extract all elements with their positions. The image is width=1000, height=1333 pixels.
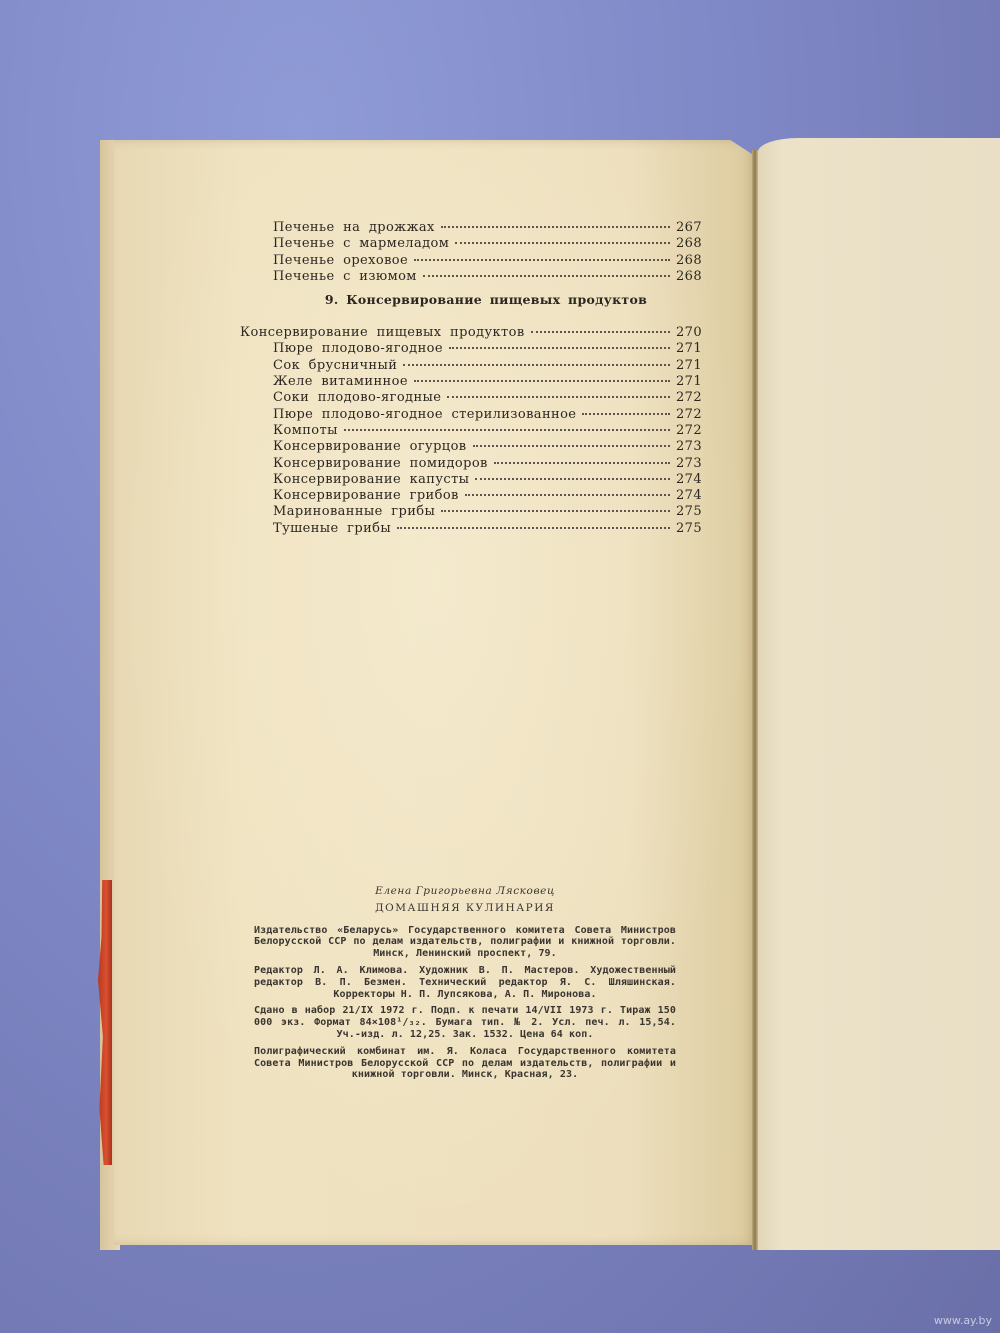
toc-entry-page: 273 <box>676 439 702 455</box>
toc-entry-page: 272 <box>676 390 702 406</box>
toc-entry-page: 272 <box>676 423 702 439</box>
editors-info: Редактор Л. А. Климова. Художник В. П. М… <box>254 965 676 1000</box>
toc-entry-title: Желе витаминное <box>273 374 408 390</box>
toc-leader-dots <box>423 274 670 277</box>
toc-entry-title: Консервирование пищевых продуктов <box>240 325 525 341</box>
toc-leader-dots <box>403 363 670 366</box>
toc-entry-page: 274 <box>676 488 702 504</box>
toc-entry-page: 271 <box>676 358 702 374</box>
toc-entry-title: Консервирование грибов <box>273 488 459 504</box>
toc-leader-dots <box>441 225 670 228</box>
print-details: Сдано в набор 21/IX 1972 г. Подп. к печа… <box>254 1005 676 1040</box>
toc-leader-dots <box>441 509 670 512</box>
toc-leader-dots <box>344 428 670 431</box>
toc-leader-dots <box>465 493 670 496</box>
toc-entry: Консервирование пищевых продуктов270 <box>240 325 702 341</box>
toc-leader-dots <box>414 379 670 382</box>
toc-entry: Сок брусничный271 <box>240 358 702 374</box>
publisher-info: Издательство «Беларусь» Государственного… <box>254 925 676 960</box>
toc-entry: Консервирование огурцов273 <box>240 439 702 455</box>
toc-leader-dots <box>582 412 670 415</box>
toc-entry: Печенье ореховое268 <box>240 253 702 269</box>
toc-entry-page: 272 <box>676 407 702 423</box>
toc-entry-title: Печенье ореховое <box>273 253 408 269</box>
toc-entry-title: Печенье с изюмом <box>273 269 417 285</box>
toc-entry-title: Консервирование помидоров <box>273 456 488 472</box>
toc-entry: Консервирование помидоров273 <box>240 456 702 472</box>
toc-entry: Пюре плодово-ягодное стерилизованное272 <box>240 407 702 423</box>
toc-entry-page: 270 <box>676 325 702 341</box>
toc-entry: Печенье с мармеладом268 <box>240 236 702 252</box>
toc-entry-title: Компоты <box>273 423 338 439</box>
toc-entry-title: Тушеные грибы <box>273 521 391 537</box>
toc-entry-title: Консервирование огурцов <box>273 439 467 455</box>
toc-entry-title: Консервирование капусты <box>273 472 469 488</box>
toc-leader-dots <box>397 526 670 529</box>
toc-list-before: Печенье на дрожжах267Печенье с мармеладо… <box>240 220 702 285</box>
toc-leader-dots <box>475 477 670 480</box>
toc-entry-page: 273 <box>676 456 702 472</box>
toc-entry-page: 275 <box>676 504 702 520</box>
toc-entry-title: Соки плодово-ягодные <box>273 390 441 406</box>
right-page-blank <box>758 138 1000 1250</box>
photo-scene: Печенье на дрожжах267Печенье с мармеладо… <box>0 0 1000 1333</box>
toc-entry: Печенье с изюмом268 <box>240 269 702 285</box>
toc-entry-title: Печенье с мармеладом <box>273 236 449 252</box>
toc-leader-dots <box>414 258 670 261</box>
toc-entry: Соки плодово-ягодные272 <box>240 390 702 406</box>
toc-leader-dots <box>447 395 670 398</box>
toc-entry: Пюре плодово-ягодное271 <box>240 341 702 357</box>
toc-entry: Тушеные грибы275 <box>240 521 702 537</box>
toc-entry-title: Пюре плодово-ягодное <box>273 341 443 357</box>
toc-list-after: Консервирование пищевых продуктов270Пюре… <box>240 325 702 537</box>
toc-entry-page: 267 <box>676 220 702 236</box>
colophon: Елена Григорьевна Лясковец ДОМАШНЯЯ КУЛИ… <box>254 886 676 1086</box>
toc-leader-dots <box>455 241 670 244</box>
author-name: Елена Григорьевна Лясковец <box>254 886 676 898</box>
toc-entry-page: 268 <box>676 236 702 252</box>
toc-entry: Компоты272 <box>240 423 702 439</box>
table-of-contents: Печенье на дрожжах267Печенье с мармеладо… <box>240 220 702 537</box>
toc-entry-page: 268 <box>676 269 702 285</box>
toc-entry-page: 275 <box>676 521 702 537</box>
toc-entry: Маринованные грибы275 <box>240 504 702 520</box>
watermark: www.ay.by <box>934 1314 992 1327</box>
toc-leader-dots <box>494 461 670 464</box>
toc-entry-page: 268 <box>676 253 702 269</box>
toc-entry: Печенье на дрожжах267 <box>240 220 702 236</box>
toc-entry-title: Маринованные грибы <box>273 504 435 520</box>
toc-entry-title: Пюре плодово-ягодное стерилизованное <box>273 407 576 423</box>
toc-entry-page: 271 <box>676 341 702 357</box>
toc-entry-title: Сок брусничный <box>273 358 397 374</box>
book-title: ДОМАШНЯЯ КУЛИНАРИЯ <box>254 903 676 915</box>
toc-entry-page: 271 <box>676 374 702 390</box>
toc-leader-dots <box>449 346 670 349</box>
printer-info: Полиграфический комбинат им. Я. Коласа Г… <box>254 1046 676 1081</box>
toc-entry-title: Печенье на дрожжах <box>273 220 435 236</box>
toc-entry: Консервирование капусты274 <box>240 472 702 488</box>
toc-entry-page: 274 <box>676 472 702 488</box>
toc-entry: Консервирование грибов274 <box>240 488 702 504</box>
toc-leader-dots <box>473 444 670 447</box>
toc-entry: Желе витаминное271 <box>240 374 702 390</box>
toc-leader-dots <box>531 330 670 333</box>
section-heading: 9. Консервирование пищевых продуктов <box>240 292 702 307</box>
